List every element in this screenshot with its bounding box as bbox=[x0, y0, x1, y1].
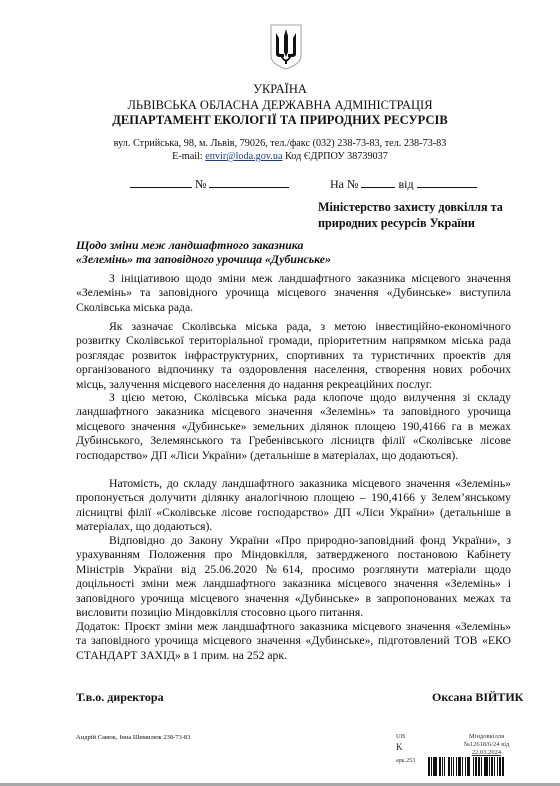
letter-page: УКРАЇНА ЛЬВІВСЬКА ОБЛАСНА ДЕРЖАВНА АДМІН… bbox=[0, 0, 560, 784]
trident-coat-of-arms-icon bbox=[270, 24, 302, 70]
email-line: E-mail: envir@loda.gov.ua Код ЄДРПОУ 387… bbox=[0, 151, 560, 162]
body-paragraph-3: З цією метою, Сколівська міська рада кло… bbox=[76, 391, 511, 463]
country-name: УКРАЇНА bbox=[0, 82, 560, 97]
letter-subject: Щодо зміни меж ландшафтного заказника «З… bbox=[76, 238, 376, 266]
reply-date-blank bbox=[417, 175, 477, 188]
stamp-date: 22.03.2024 bbox=[424, 749, 549, 756]
number-sign: № bbox=[195, 177, 206, 191]
outgoing-date-blank bbox=[130, 175, 192, 188]
email-label: E-mail: bbox=[172, 151, 205, 162]
subject-line-2: «Зелемінь» та заповідного урочища «Дубин… bbox=[76, 252, 376, 266]
registration-stamp: UB K арк.253 Міндовкілля №12618/6/24 від… bbox=[396, 733, 556, 778]
reply-label: На № bbox=[330, 177, 358, 191]
edrpou-code: Код ЄДРПОУ 38739037 bbox=[282, 151, 387, 162]
body-paragraph-4: Натомість, до складу ландшафтного заказн… bbox=[76, 477, 511, 535]
body-paragraph-2: Як зазначає Сколівська міська рада, з ме… bbox=[76, 320, 511, 392]
outgoing-number-line: № bbox=[130, 175, 289, 192]
stamp-k: K bbox=[396, 742, 403, 752]
stamp-sheets: арк.253 bbox=[396, 758, 415, 764]
stamp-recipient: Міндовкілля bbox=[424, 733, 549, 740]
email-link[interactable]: envir@loda.gov.ua bbox=[205, 151, 282, 162]
body-paragraph-1: З ініціативою щодо зміни меж ландшафтног… bbox=[76, 272, 511, 315]
attachment-note: Додаток: Проєкт зміни меж ландшафтного з… bbox=[76, 620, 511, 663]
department-name: ДЕПАРТАМЕНТ ЕКОЛОГІЇ ТА ПРИРОДНИХ РЕСУРС… bbox=[0, 113, 560, 128]
outgoing-number-blank bbox=[209, 175, 289, 188]
stamp-ub: UB bbox=[396, 733, 405, 740]
reply-number-blank bbox=[361, 175, 395, 188]
signatory-role: Т.в.о. директора bbox=[76, 690, 164, 705]
barcode-icon bbox=[428, 757, 548, 776]
executor-contacts: Андрій Савюк, Інна Шимилюк 238-73-83 bbox=[76, 734, 190, 741]
addressee-line-2: природних ресурсів України bbox=[318, 215, 518, 231]
stamp-number: №12618/6/24 від bbox=[424, 741, 549, 748]
addressee: Міністерство захисту довкілля та природн… bbox=[318, 199, 518, 231]
addressee-line-1: Міністерство захисту довкілля та bbox=[318, 199, 518, 215]
reply-to-line: На № від bbox=[330, 175, 477, 192]
subject-line-1: Щодо зміни меж ландшафтного заказника bbox=[76, 238, 376, 252]
from-label: від bbox=[398, 177, 413, 191]
body-paragraph-5: Відповідно до Закону України «Про природ… bbox=[76, 534, 511, 620]
administration-name: ЛЬВІВСЬКА ОБЛАСНА ДЕРЖАВНА АДМІНІСТРАЦІЯ bbox=[0, 98, 560, 113]
signatory-name: Оксана ВІЙТИК bbox=[432, 690, 523, 705]
address-line: вул. Стрийська, 98, м. Львів, 79026, тел… bbox=[0, 138, 560, 149]
